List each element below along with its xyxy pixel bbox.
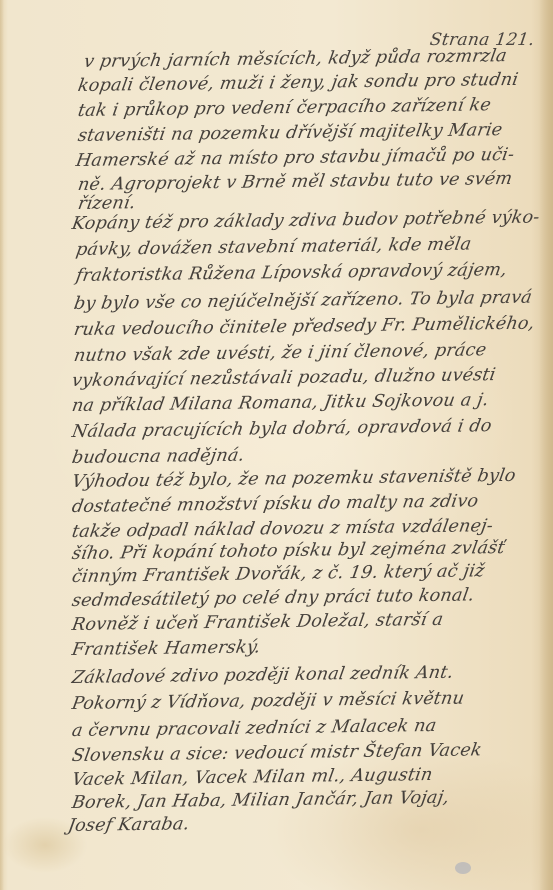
text-line: budoucna nadějná. bbox=[70, 446, 246, 468]
ink-stain bbox=[455, 862, 471, 874]
text-line: staveništi na pozemku dřívější majitelky… bbox=[76, 120, 504, 146]
text-line: fraktoristka Růžena Lípovská opravdový z… bbox=[74, 260, 508, 286]
text-line: řízení. bbox=[76, 193, 137, 214]
text-line: Hamerské až na místo pro stavbu jímačů p… bbox=[74, 145, 515, 171]
manuscript-page: Strana 121. v prvých jarních měsících, k… bbox=[0, 0, 553, 890]
text-line: Základové zdivo později konal zedník Ant… bbox=[70, 663, 455, 688]
text-line: kopali členové, muži i ženy, jak sondu p… bbox=[76, 70, 519, 96]
text-line: Nálada pracujících byla dobrá, opravdová… bbox=[70, 416, 493, 442]
text-line: sedmdesátiletý po celé dny práci tuto ko… bbox=[70, 585, 475, 611]
text-line: pávky, dovážen stavební materiál, kde mě… bbox=[74, 234, 472, 260]
text-line: ruka vedoucího činitele předsedy Fr. Pum… bbox=[72, 314, 536, 340]
text-line: Výhodou též bylo, že na pozemku staveniš… bbox=[70, 466, 517, 492]
text-line: na příklad Milana Romana, Jitku Sojkovou… bbox=[70, 390, 490, 416]
text-line: ně. Agroprojekt v Brně měl stavbu tuto v… bbox=[76, 169, 513, 195]
text-line: dostatečné množství písku do malty na zd… bbox=[70, 491, 479, 517]
text-line: by bylo vše co nejúčelnější zařízeno. To… bbox=[72, 288, 533, 314]
text-line: tak i průkop pro vedení čerpacího zaříze… bbox=[76, 95, 492, 121]
text-line: Kopány též pro základy zdiva budov potře… bbox=[70, 207, 541, 234]
text-line: Borek, Jan Haba, Milian Jančár, Jan Voja… bbox=[70, 788, 450, 813]
text-line: Slovensku a sice: vedoucí mistr Štefan V… bbox=[70, 740, 483, 766]
text-line: v prvých jarních měsících, když půda roz… bbox=[82, 46, 508, 72]
text-line: Rovněž i učeň František Doležal, starší … bbox=[70, 610, 444, 635]
text-line: Josef Karaba. bbox=[66, 814, 191, 836]
text-line: vykonávající nezůstávali pozadu, dlužno … bbox=[70, 365, 497, 391]
text-line: a červnu pracovali zedníci z Malacek na bbox=[70, 716, 438, 741]
text-line: činným František Dvořák, z č. 19. který … bbox=[70, 561, 486, 587]
text-line: Vacek Milan, Vacek Milan ml., Augustin bbox=[70, 765, 434, 790]
page-left-edge bbox=[0, 0, 4, 890]
text-line: Pokorný z Vídňova, později v měsíci květ… bbox=[70, 689, 465, 714]
text-line: nutno však zde uvésti, že i jiní členové… bbox=[72, 340, 487, 366]
text-line: František Hamerský. bbox=[70, 637, 262, 660]
text-line: šího. Při kopání tohoto písku byl zejmén… bbox=[70, 538, 506, 564]
page-right-edge bbox=[539, 0, 553, 890]
